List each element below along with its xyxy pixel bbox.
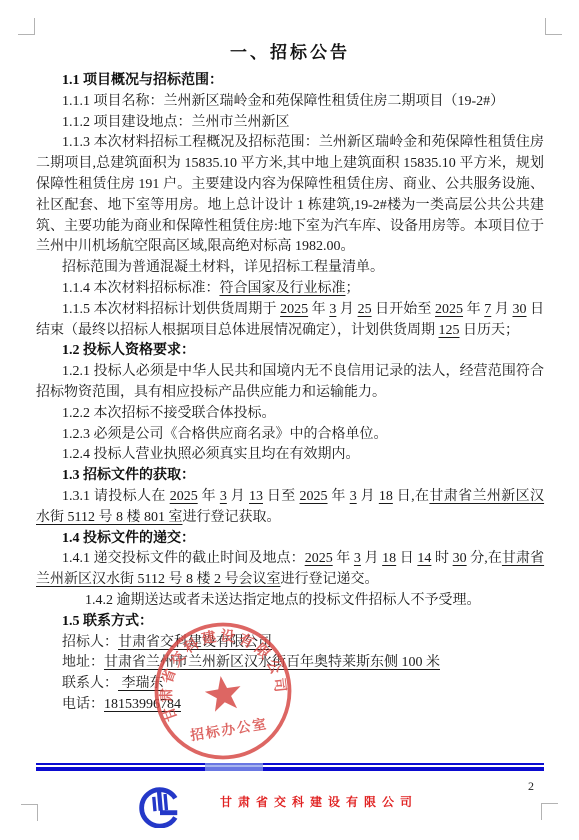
underlined-text-segment: 2025 (435, 302, 463, 317)
text-segment: 月 (336, 302, 357, 317)
text-segment: 日 (396, 551, 417, 566)
text-segment: 1.1.2 项目建设地点：兰州市兰州新区 (62, 115, 290, 130)
text-segment: 时 (431, 551, 452, 566)
text-segment: 日至 (263, 489, 300, 504)
underlined-text-segment: 2025 (300, 489, 328, 504)
text-segment: 1.1.5 本次材料招标计划供货周期于 (62, 302, 280, 317)
underlined-text-segment: 30 (453, 551, 467, 566)
underlined-text-segment: 3 (354, 551, 361, 566)
text-segment: 1.4.1 递交投标文件的截止时间及地点： (62, 551, 305, 566)
underlined-text-segment: 2025 (305, 551, 333, 566)
paragraph: 招标范围为普通混凝土材料，详见招标工程量清单。 (36, 258, 544, 279)
paragraph: 1.2.3 必须是公司《合格供应商名录》中的合格单位。 (36, 425, 544, 446)
text-segment: 月 (227, 489, 249, 504)
paragraph: 电话：18153996784 (36, 695, 544, 716)
paragraph: 1.4.2 逾期送达或者未送达指定地点的投标文件招标人不予受理。 (36, 591, 544, 612)
seal-bottom-text: 招标办公室 (188, 715, 269, 743)
text-segment: 1.1.1 项目名称：兰州新区瑞岭金和苑保障性租赁住房二期项目（19-2#） (62, 94, 504, 109)
text-segment: 1.2.4 投标人营业执照必须真实且均在有效期内。 (62, 447, 360, 462)
text-segment: 年 (198, 489, 220, 504)
document-content: 一、招标公告 1.1 项目概况与招标范围：1.1.1 项目名称：兰州新区瑞岭金和… (36, 40, 544, 716)
page-number: 2 (528, 779, 534, 794)
text-segment: 1.4.2 逾期送达或者未送达指定地点的投标文件招标人不予受理。 (85, 593, 481, 608)
text-segment: 招标人： (62, 635, 118, 650)
text-segment: 招标范围为普通混凝土材料，详见招标工程量清单。 (62, 260, 384, 275)
text-segment: 1.2.1 投标人必须是中华人民共和国境内无不良信用记录的法人，经营范围符合招标… (36, 364, 544, 400)
paragraph: 1.4.1 递交投标文件的截止时间及地点：2025 年 3 月 18 日 14 … (36, 549, 544, 591)
text-segment: 1.4 投标文件的递交： (62, 531, 195, 546)
underlined-text-segment: 3 (220, 489, 227, 504)
text-segment: 月 (491, 302, 512, 317)
paragraph: 1.1 项目概况与招标范围： (36, 71, 544, 92)
paragraph: 1.3.1 请投标人在 2025 年 3 月 13 日至 2025 年 3 月 … (36, 487, 544, 529)
underlined-text-segment: 甘肃省交科建设有限公司 (118, 635, 272, 650)
text-segment: 分,在 (467, 551, 502, 566)
paragraph: 地址：甘肃省兰州市兰州新区汉水街百年奥特莱斯东侧 100 米 (36, 653, 544, 674)
underlined-text-segment: 18153996784 (104, 697, 181, 712)
underlined-text-segment: 李瑞东 (118, 676, 164, 691)
paragraph: 1.1.2 项目建设地点：兰州市兰州新区 (36, 113, 544, 134)
text-segment: 1.1.3 本次材料招标工程概况及招标范围：兰州新区瑞岭金和苑保障性租赁住房二期… (36, 135, 544, 254)
crop-mark-top-right (545, 18, 562, 35)
underlined-text-segment: 25 (358, 302, 372, 317)
text-segment: ； (346, 281, 360, 296)
text-segment: 日历天； (460, 323, 520, 338)
text-segment: 地址： (62, 655, 104, 670)
text-segment: 月 (357, 489, 379, 504)
underlined-text-segment: 125 (439, 323, 460, 338)
footer-company-name: 甘肃省交科建设有限公司 (220, 793, 418, 810)
paragraph: 1.1.5 本次材料招标计划供货周期于 2025 年 3 月 25 日开始至 2… (36, 300, 544, 342)
text-segment: 1.1 项目概况与招标范围： (62, 73, 223, 88)
footer-rule-light-segment (205, 763, 263, 771)
paragraph: 1.3 招标文件的获取： (36, 466, 544, 487)
paragraph: 1.5 联系方式： (36, 612, 544, 633)
text-segment: 进行登记递交。 (280, 572, 378, 587)
document-page: 一、招标公告 1.1 项目概况与招标范围：1.1.1 项目名称：兰州新区瑞岭金和… (0, 0, 579, 840)
company-logo-icon (137, 782, 183, 828)
paragraph: 联系人： 李瑞东 (36, 674, 544, 695)
underlined-text-segment: 2025 (280, 302, 308, 317)
footer-rule-thick (36, 767, 544, 771)
paragraph: 招标人：甘肃省交科建设有限公司 (36, 633, 544, 654)
text-segment: 进行登记获取。 (182, 510, 280, 525)
text-segment: 年 (308, 302, 329, 317)
underlined-text-segment: 2025 (170, 489, 198, 504)
text-segment: 月 (361, 551, 382, 566)
paragraph: 1.1.3 本次材料招标工程概况及招标范围：兰州新区瑞岭金和苑保障性租赁住房二期… (36, 133, 544, 258)
underlined-text-segment: 符合国家及行业标准 (220, 281, 346, 296)
crop-mark-top-left (18, 18, 35, 35)
underlined-text-segment: 18 (382, 551, 396, 566)
paragraph: 1.4 投标文件的递交： (36, 529, 544, 550)
crop-mark-bottom-left (21, 804, 38, 821)
text-segment: 日,在 (393, 489, 430, 504)
underlined-text-segment: 13 (249, 489, 263, 504)
underlined-text-segment: 30 (513, 302, 527, 317)
paragraph: 1.2.1 投标人必须是中华人民共和国境内无不良信用记录的法人，经营范围符合招标… (36, 362, 544, 404)
text-segment: 1.1.4 本次材料招标标准： (62, 281, 220, 296)
text-segment: 1.2.2 本次招标不接受联合体投标。 (62, 406, 276, 421)
text-segment: 1.2.3 必须是公司《合格供应商名录》中的合格单位。 (62, 427, 388, 442)
footer-rule-thin (36, 763, 544, 765)
text-segment: 年 (328, 489, 350, 504)
paragraph: 1.1.4 本次材料招标标准：符合国家及行业标准； (36, 279, 544, 300)
paragraph: 1.2 投标人资格要求： (36, 341, 544, 362)
text-segment: 1.3.1 请投标人在 (62, 489, 170, 504)
paragraph: 1.2.2 本次招标不接受联合体投标。 (36, 404, 544, 425)
text-segment: 1.3 招标文件的获取： (62, 468, 195, 483)
text-segment: 年 (463, 302, 484, 317)
paragraph: 1.2.4 投标人营业执照必须真实且均在有效期内。 (36, 445, 544, 466)
text-segment: 日开始至 (372, 302, 435, 317)
underlined-text-segment: 甘肃省兰州市兰州新区汉水街百年奥特莱斯东侧 100 米 (104, 655, 440, 670)
text-segment: 年 (333, 551, 354, 566)
underlined-text-segment: 18 (379, 489, 393, 504)
paragraph: 1.1.1 项目名称：兰州新区瑞岭金和苑保障性租赁住房二期项目（19-2#） (36, 92, 544, 113)
text-segment: 联系人： (62, 676, 118, 691)
text-segment: 1.2 投标人资格要求： (62, 343, 195, 358)
underlined-text-segment: 3 (350, 489, 357, 504)
crop-mark-bottom-right (541, 803, 558, 820)
text-segment: 电话： (62, 697, 104, 712)
page-title: 一、招标公告 (36, 40, 544, 66)
document-body: 1.1 项目概况与招标范围：1.1.1 项目名称：兰州新区瑞岭金和苑保障性租赁住… (36, 71, 544, 716)
text-segment: 1.5 联系方式： (62, 614, 153, 629)
underlined-text-segment: 14 (417, 551, 431, 566)
